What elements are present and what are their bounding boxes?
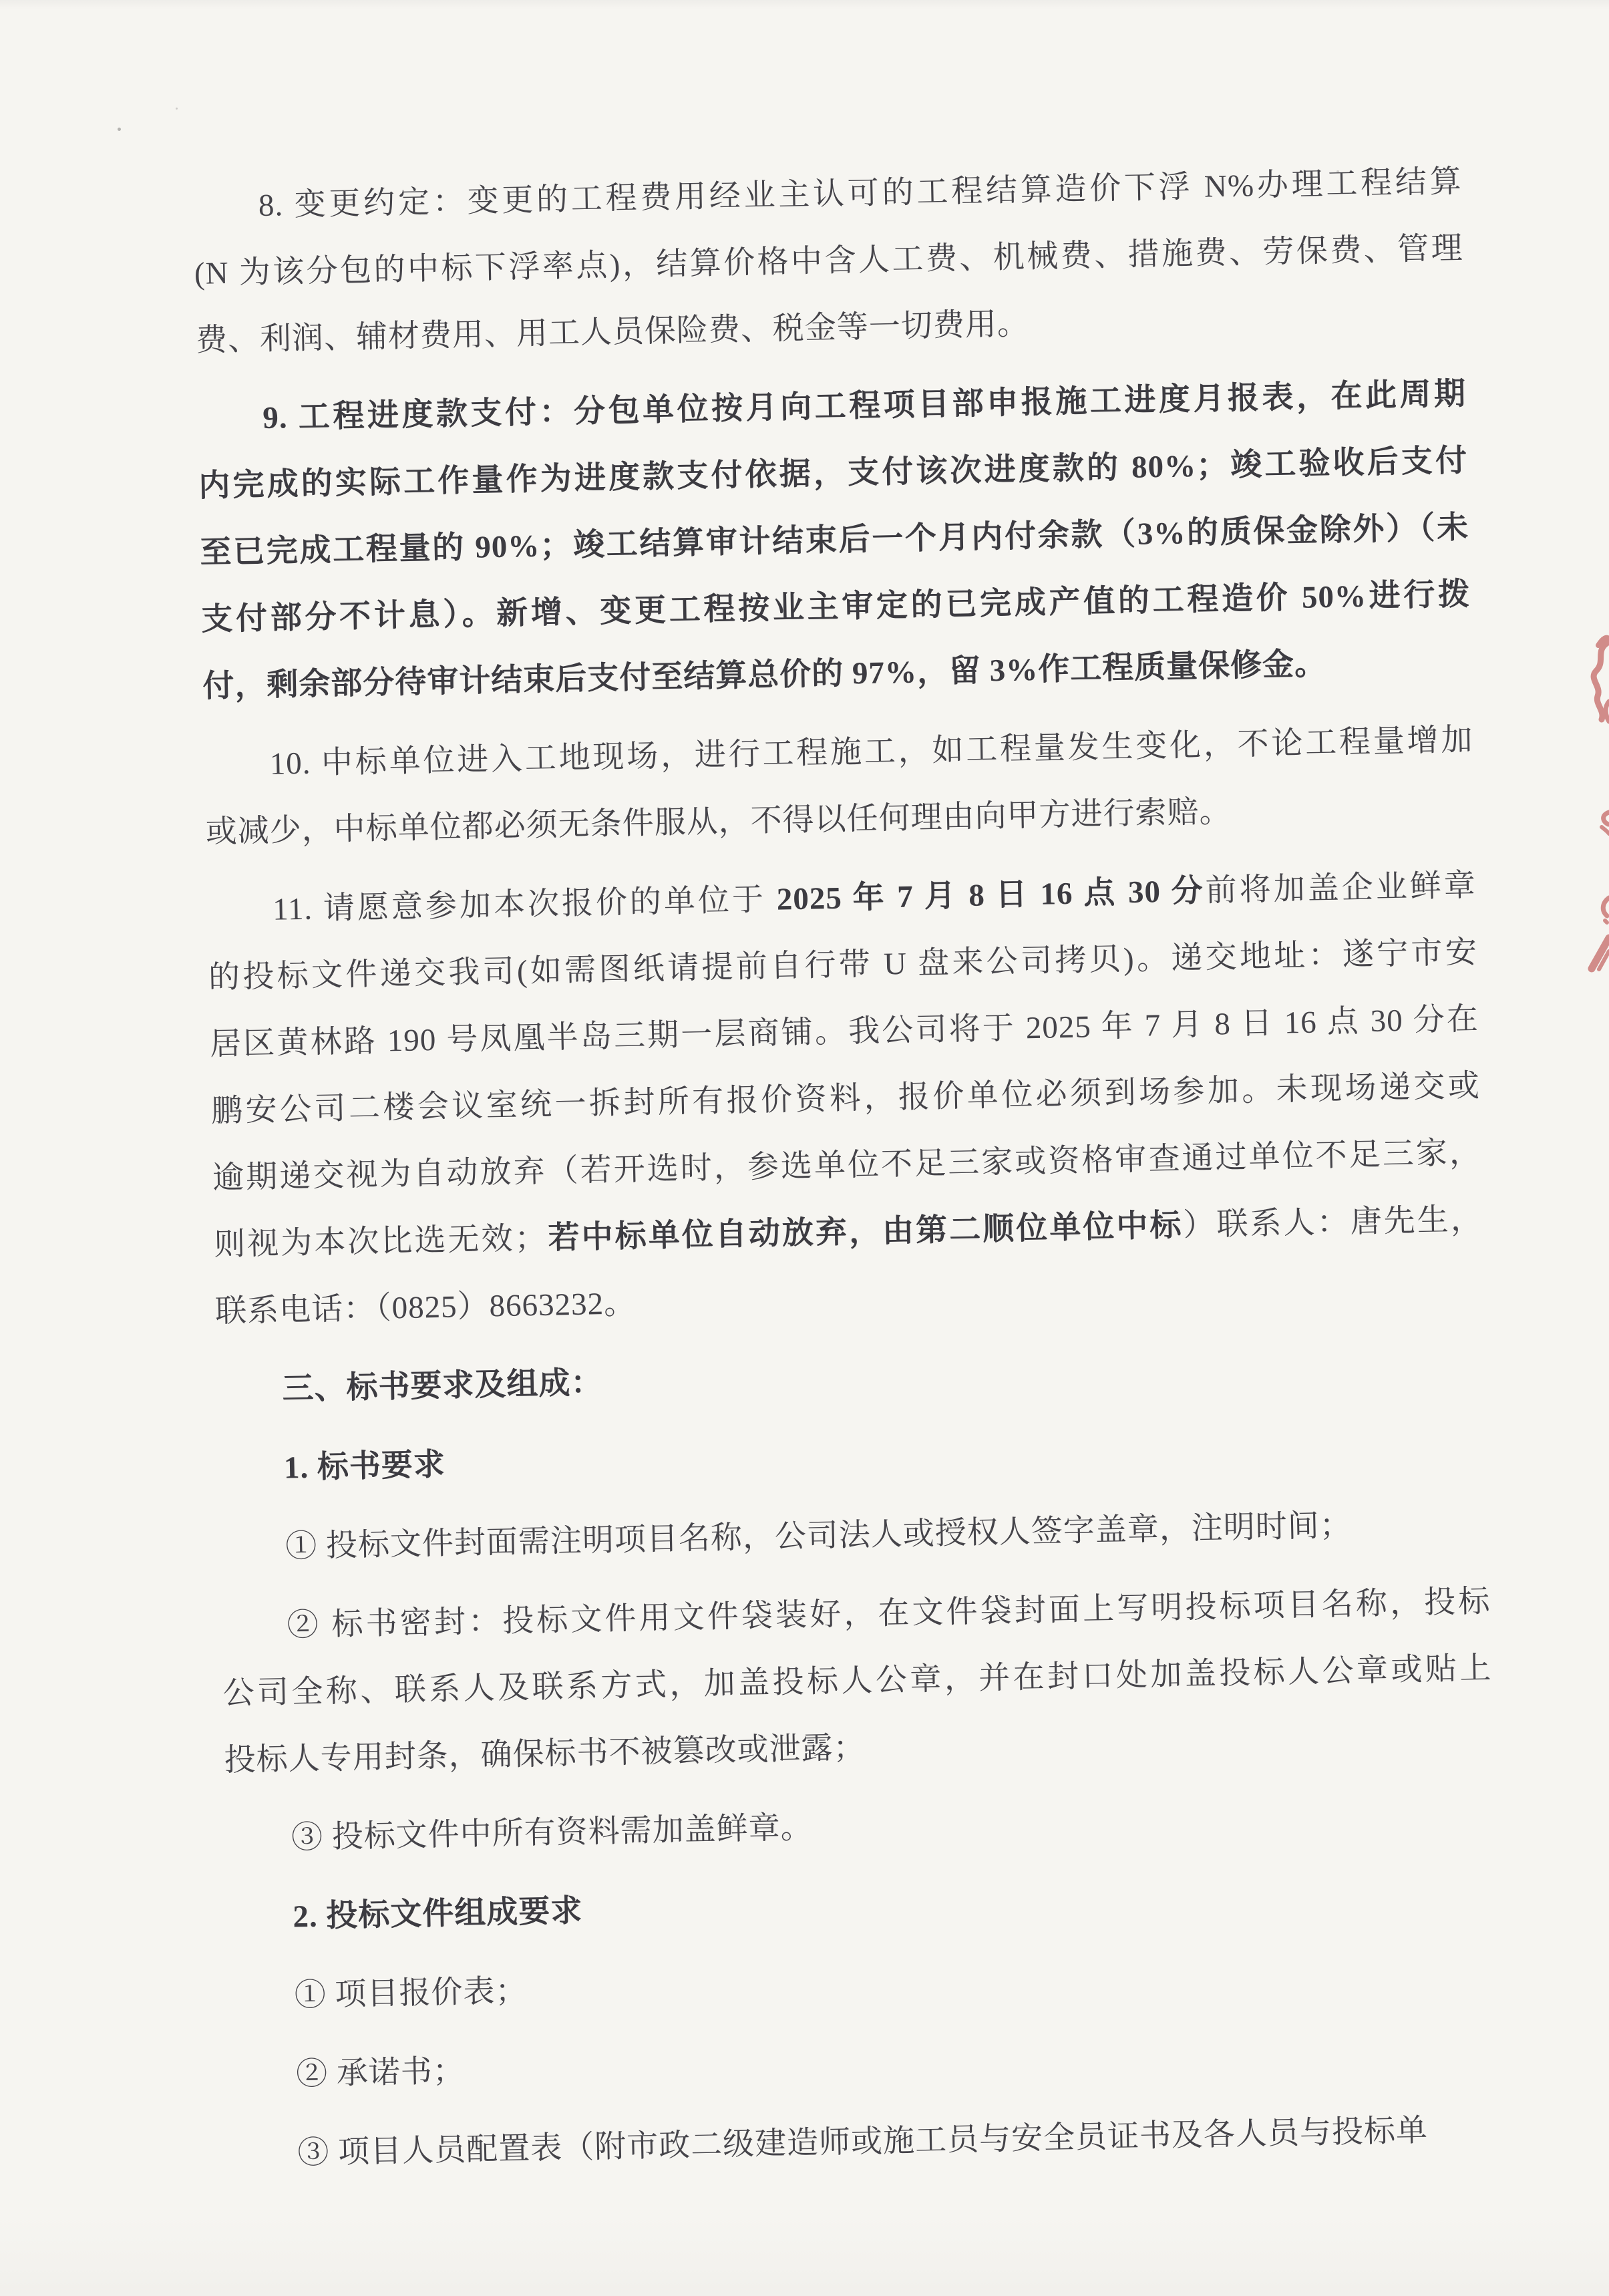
- clause-9: 9. 工程进度款支付：分包单位按月向工程项目部申报施工进度月报表，在此周期 内完…: [196, 361, 1472, 720]
- clause-8: 8. 变更约定：变更的工程费用经业主认可的工程结算造价下浮 N%办理工程结算 (…: [192, 148, 1465, 374]
- text-segment: 则视为本次比选无效；: [214, 1221, 547, 1263]
- heading-line: 1. 标书要求: [218, 1410, 1488, 1502]
- sub2-item-1: ① 项目报价表；: [228, 1938, 1499, 2030]
- subsection-1-title: 1. 标书要求: [218, 1410, 1488, 1502]
- scanned-document-page: 8. 变更约定：变更的工程费用经业主认可的工程结算造价下浮 N%办理工程结算 (…: [0, 0, 1609, 2296]
- list-item-line: ③ 项目人员配置表（附市政二级建造师或施工员与安全员证书及各人员与投标单: [232, 2096, 1502, 2188]
- text-segment-bold-date: 2025 年 7 月 8 日 16 点 30 分: [776, 874, 1206, 917]
- subsection-2-title: 2. 投标文件组成要求: [226, 1859, 1497, 1951]
- sub1-item-2: ② 标书密封：投标文件用文件袋装好，在文件袋封面上写明投标项目名称，投标 公司全…: [221, 1568, 1494, 1794]
- text-segment: 11. 请愿意参加本次报价的单位于: [273, 882, 777, 927]
- heading-line: 2. 投标文件组成要求: [226, 1859, 1497, 1951]
- red-stamp-fragments: [1582, 621, 1609, 982]
- clause-10: 10. 中标单位进入工地现场，进行工程施工，如工程量发生变化，不论工程量增加 或…: [204, 707, 1475, 866]
- list-item-line: ③ 投标文件中所有资料需加盖鲜章。: [225, 1780, 1495, 1872]
- scan-speck: [176, 108, 178, 110]
- heading-line: 三、标书要求及组成：: [216, 1332, 1487, 1424]
- text-segment: ）联系人：唐先生，: [1183, 1202, 1483, 1243]
- text-segment-bold: 若中标单位自动放弃，由第二顺位单位中标: [546, 1208, 1184, 1256]
- sub2-item-3: ③ 项目人员配置表（附市政二级建造师或施工员与安全员证书及各人员与投标单: [232, 2096, 1502, 2188]
- scan-speck: [1336, 170, 1339, 172]
- section-3-heading: 三、标书要求及组成：: [216, 1332, 1487, 1424]
- list-item-line: ② 承诺书；: [230, 2017, 1500, 2109]
- text-segment: 前将加盖企业鲜章: [1205, 868, 1476, 909]
- document-body: 8. 变更约定：变更的工程费用经业主认可的工程结算造价下浮 N%办理工程结算 (…: [192, 148, 1502, 2200]
- list-item-line: ① 项目报价表；: [228, 1938, 1499, 2030]
- scan-speck: [118, 128, 121, 131]
- clause-11: 11. 请愿意参加本次报价的单位于 2025 年 7 月 8 日 16 点 30…: [206, 852, 1485, 1345]
- sub1-item-1: ① 投标文件封面需注明项目名称，公司法人或授权人签字盖章，注明时间；: [219, 1489, 1489, 1581]
- list-item-line: ① 投标文件封面需注明项目名称，公司法人或授权人签字盖章，注明时间；: [219, 1489, 1489, 1581]
- sub2-item-2: ② 承诺书；: [230, 2017, 1500, 2109]
- sub1-item-3: ③ 投标文件中所有资料需加盖鲜章。: [225, 1780, 1495, 1872]
